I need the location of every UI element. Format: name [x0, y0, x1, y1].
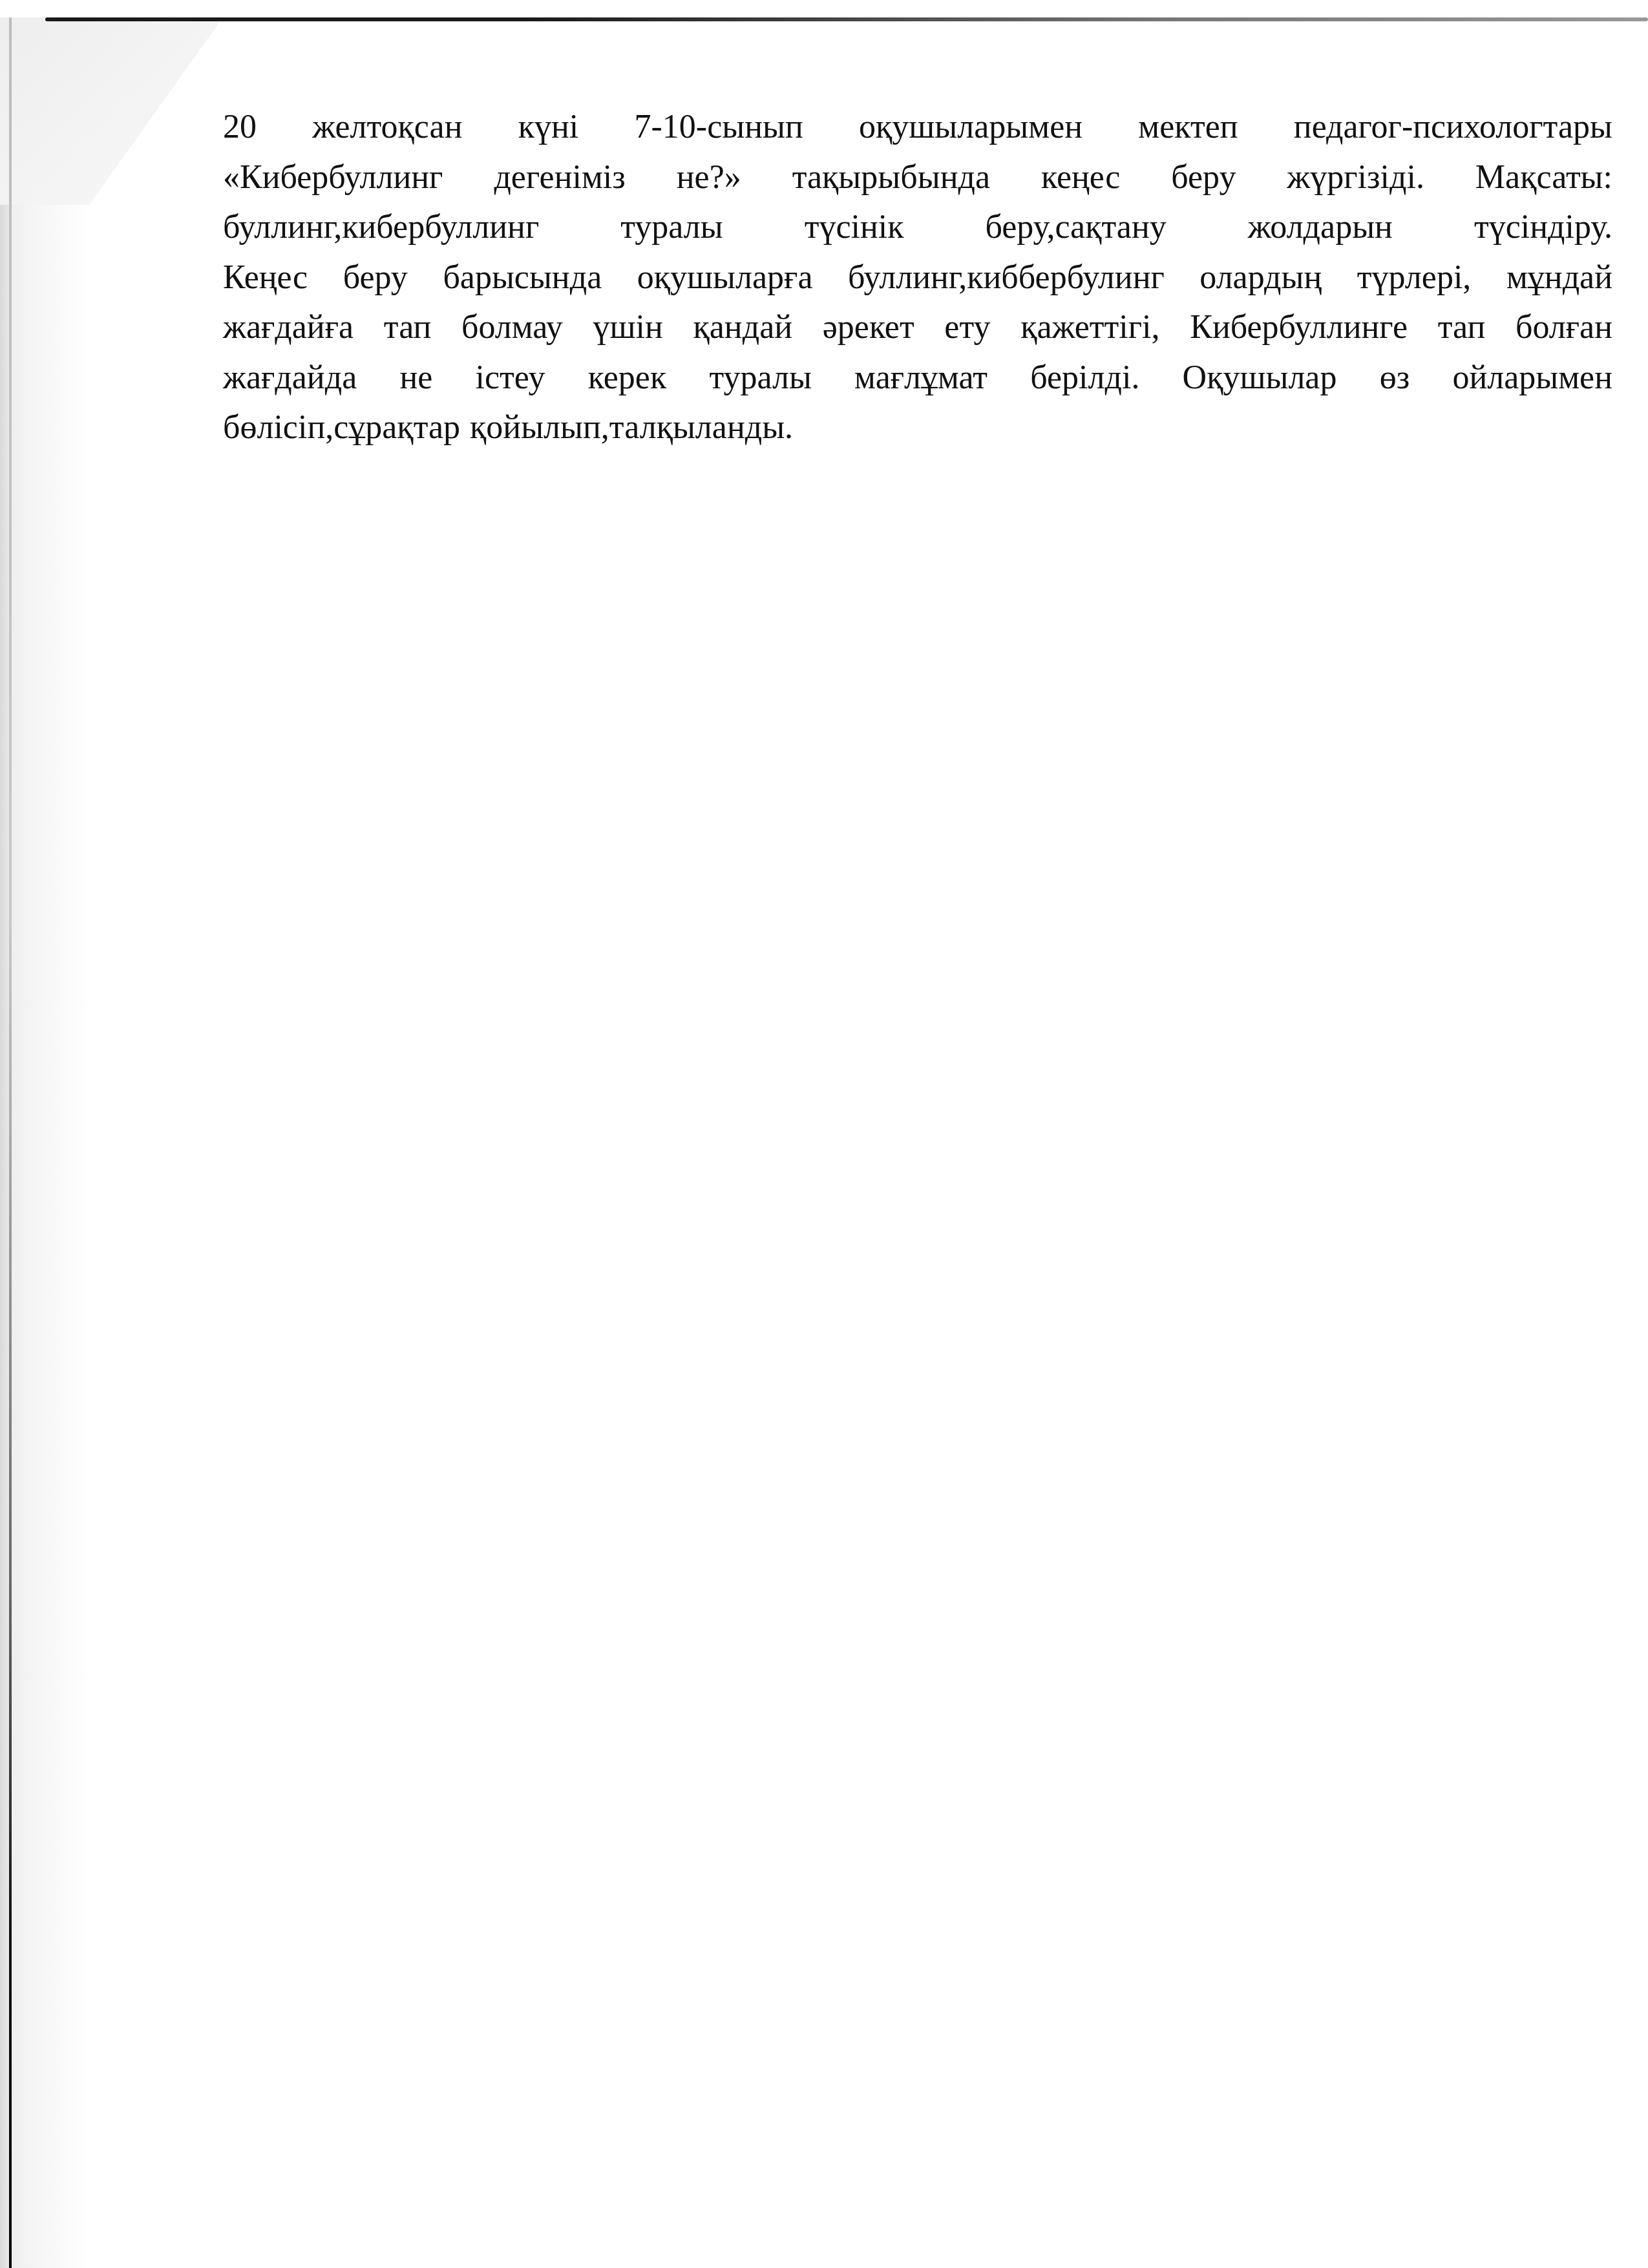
paragraph-line: «Кибербуллинг дегеніміз не?» тақырыбында…: [223, 152, 1612, 203]
scan-edge-left: [9, 17, 12, 2268]
scan-shadow-left: [0, 17, 90, 2268]
paragraph-line-last: бөлісіп,сұрақтар қойылып,талқыланды.: [223, 403, 1612, 453]
paragraph-line: 20 желтоқсан күні 7-10-сынып оқушыларыме…: [223, 102, 1612, 152]
paragraph-line: Кеңес беру барысында оқушыларға буллинг,…: [223, 253, 1612, 303]
body-paragraph: 20 желтоқсан күні 7-10-сынып оқушыларыме…: [223, 102, 1612, 453]
document-page: 20 желтоқсан күні 7-10-сынып оқушыларыме…: [223, 102, 1612, 453]
scan-fold-corner: [0, 17, 223, 205]
paragraph-line: жағдайда не істеу керек туралы мағлұмат …: [223, 353, 1612, 403]
paragraph-line: буллинг,кибербуллинг туралы түсінік беру…: [223, 202, 1612, 253]
paragraph-line: жағдайға тап болмау үшін қандай әрекет е…: [223, 302, 1612, 353]
scan-edge-top: [45, 17, 1648, 21]
